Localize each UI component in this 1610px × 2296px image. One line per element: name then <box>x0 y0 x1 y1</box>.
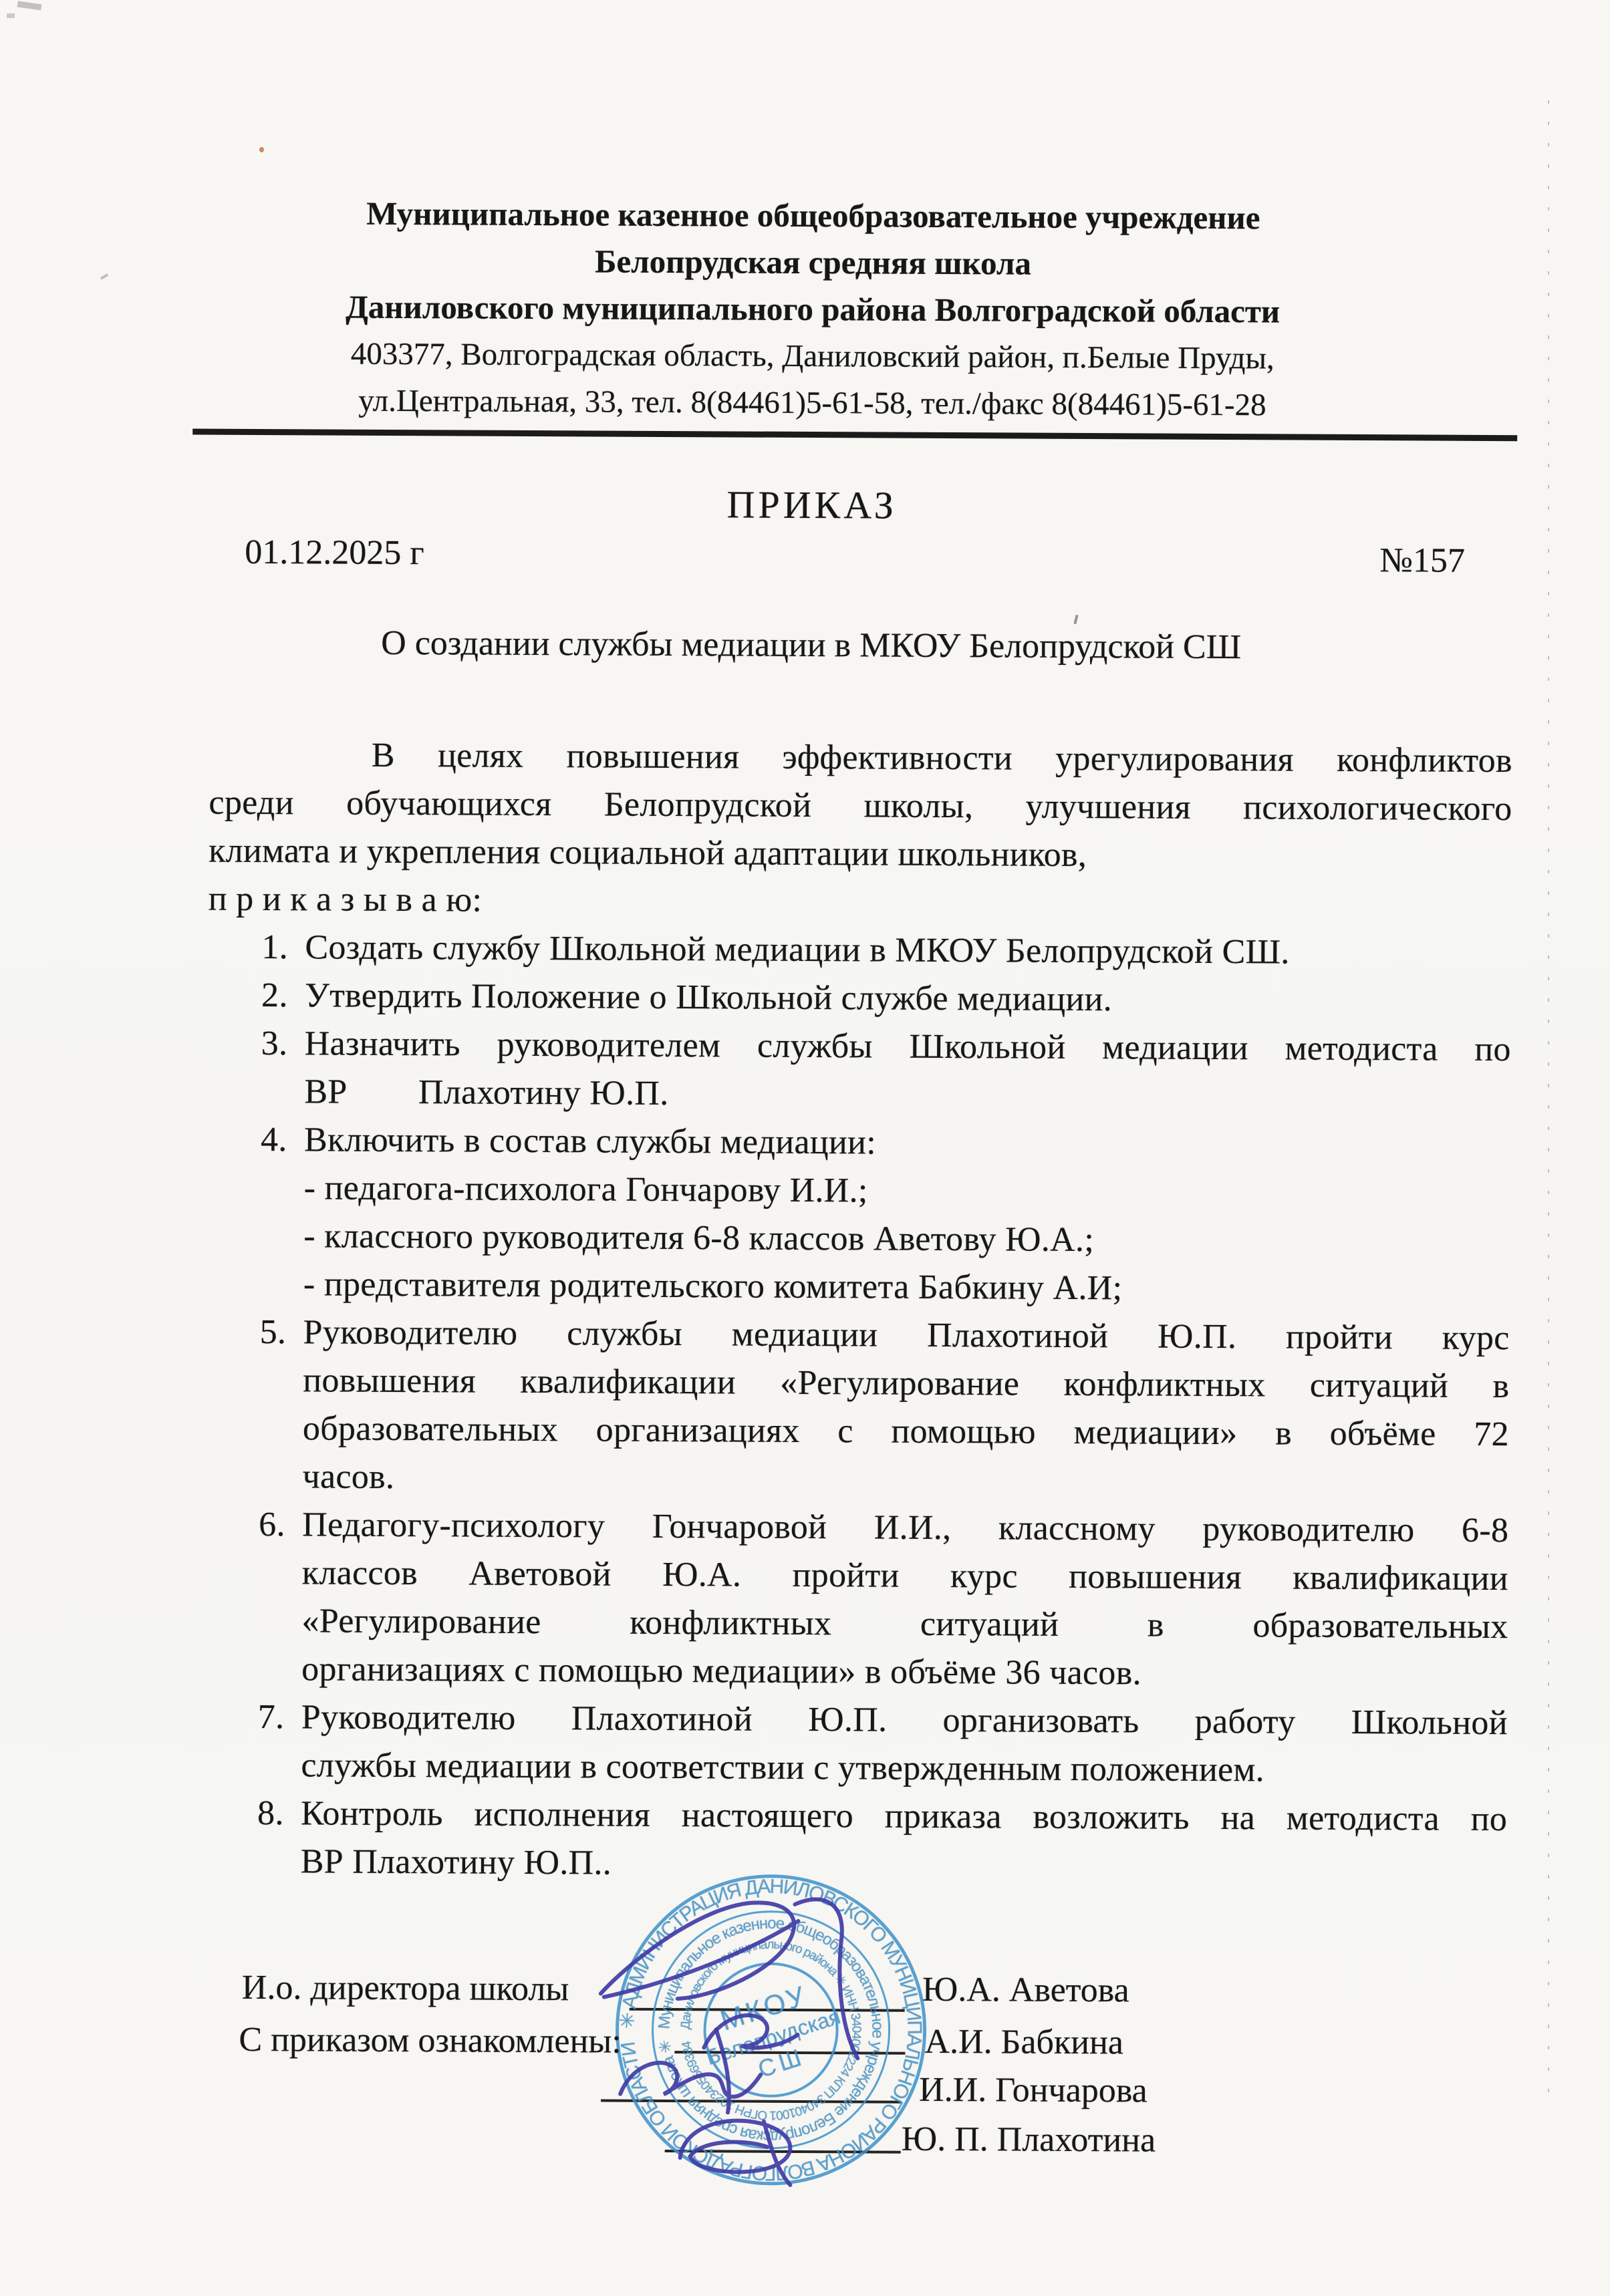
item-number: 5. <box>259 1308 286 1356</box>
signature-goncharova <box>620 2029 761 2113</box>
scanned-order-page: Муниципальное казенное общеобразовательн… <box>0 0 1610 2296</box>
order-item-7-cont: службы медиации в соответствии с утвержд… <box>204 1741 1507 1796</box>
order-item-3: 3. Назначить руководителем службы Школьн… <box>208 1020 1511 1074</box>
scan-artifact-vertical-line <box>1548 100 1549 2098</box>
order-subject: О создании службы медиации в МКОУ Белопр… <box>156 622 1466 669</box>
order-item-6-cont: «Регулирование конфликтных ситуаций в об… <box>205 1597 1508 1652</box>
order-item-6: 6. Педагогу-психологу Гончаровой И.И., к… <box>205 1501 1508 1556</box>
order-date: 01.12.2025 г <box>245 533 424 573</box>
order-number: №157 <box>1379 541 1465 581</box>
item-number: 2. <box>261 972 288 1020</box>
order-item-4-sub: - педагога-психолога Гончарову И.И.; <box>207 1164 1510 1219</box>
order-item-6-cont: классов Аветовой Ю.А. пройти курс повыше… <box>205 1549 1508 1604</box>
signatory-name: А.И. Бабкина <box>924 2021 1123 2063</box>
signatory-name: Ю.А. Аветова <box>922 1969 1129 2012</box>
order-item-6-cont: организациях с помощью медиации» в объём… <box>205 1645 1508 1700</box>
org-letterhead: Муниципальное казенное общеобразовательн… <box>157 189 1468 430</box>
decree-word: п р и к а з ы в а ю: <box>209 875 1512 930</box>
org-name-line1: Муниципальное казенное общеобразовательн… <box>158 189 1468 243</box>
item-number: 4. <box>261 1116 287 1164</box>
item-number: 8. <box>257 1789 284 1838</box>
scan-speck <box>259 147 264 152</box>
org-name-line3: Даниловского муниципального района Волго… <box>158 283 1468 336</box>
item-number: 1. <box>261 923 288 972</box>
order-item-2: 2. Утвердить Положение о Школьной службе… <box>208 972 1511 1026</box>
order-item-5-cont: повышения квалификации «Регулирование ко… <box>206 1356 1509 1411</box>
letterhead-divider <box>192 429 1517 442</box>
order-item-4: 4. Включить в состав службы медиации: <box>207 1116 1510 1171</box>
order-item-5-cont: часов. <box>205 1453 1508 1508</box>
order-title: ПРИКАЗ <box>157 480 1467 530</box>
order-item-8: 8. Контроль исполнения настоящего приказ… <box>204 1789 1507 1844</box>
signature-plakhotina <box>680 2120 790 2185</box>
order-item-4-sub: - представителя родительского комитета Б… <box>207 1260 1510 1315</box>
order-item-5-cont: образовательных организациях с помощью м… <box>206 1405 1509 1459</box>
order-item-7: 7. Руководителю Плахотиной Ю.П. организо… <box>205 1693 1508 1748</box>
org-address-line2: ул.Центральная, 33, тел. 8(84461)5-61-58… <box>157 376 1467 430</box>
signature-avetova <box>600 1898 858 2059</box>
org-address-line1: 403377, Волгоградская область, Даниловск… <box>158 329 1468 383</box>
item-number: 6. <box>259 1501 285 1549</box>
order-body: В целях повышения эффективности урегулир… <box>204 731 1512 1892</box>
director-label: И.о. директора школы <box>242 1967 569 2010</box>
scan-corner-mark <box>7 13 15 18</box>
org-name-line2: Белопрудская средняя школа <box>158 236 1468 289</box>
acquainted-label: С приказом ознакомлены: <box>239 2019 622 2063</box>
item-number: 3. <box>261 1020 288 1068</box>
signatory-name: И.И. Гончарова <box>919 2069 1148 2112</box>
order-item-1: 1. Создать службу Школьной медиации в МК… <box>208 923 1511 978</box>
preamble-line: климата и укрепления социальной адаптаци… <box>209 827 1512 882</box>
order-item-4-sub: - классного руководителя 6-8 классов Аве… <box>207 1212 1510 1267</box>
document-content: Муниципальное казенное общеобразовательн… <box>0 0 1610 2296</box>
signatory-name: Ю. П. Плахотина <box>902 2119 1156 2162</box>
item-number: 7. <box>258 1693 285 1741</box>
order-item-5: 5. Руководителю службы медиации Плахотин… <box>206 1308 1509 1363</box>
preamble-line: среди обучающихся Белопрудской школы, ул… <box>209 779 1512 834</box>
preamble-line: В целях повышения эффективности урегулир… <box>209 731 1512 786</box>
order-item-3-cont: ВР Плахотину Ю.П. <box>207 1068 1510 1123</box>
